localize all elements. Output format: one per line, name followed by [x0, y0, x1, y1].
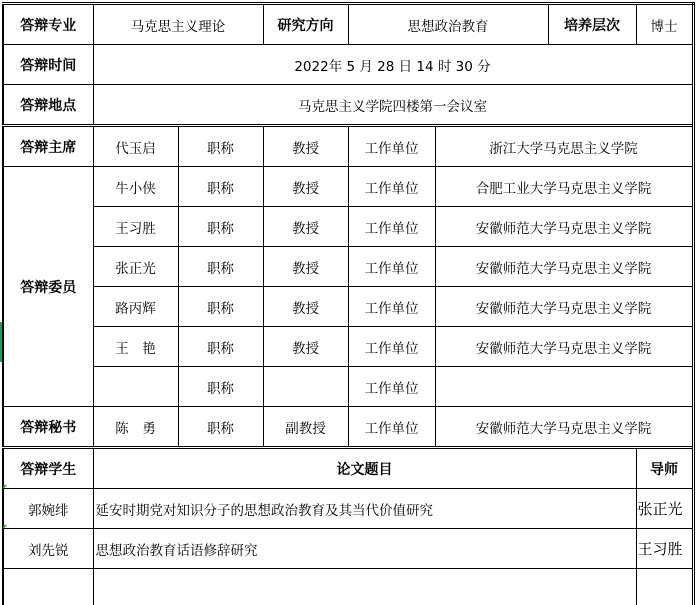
level-value[interactable]: 博士 — [636, 4, 693, 45]
member-name[interactable]: 王 艳 — [93, 327, 178, 367]
member-unit-label: 工作单位 — [348, 247, 435, 287]
member-title[interactable]: 教授 — [263, 287, 348, 327]
member-title[interactable] — [263, 367, 348, 407]
member-name[interactable]: 王习胜 — [93, 207, 178, 247]
member-title[interactable]: 教授 — [263, 247, 348, 287]
defense-info-table: 答辩专业 马克思主义理论 研究方向 思想政治教育 培养层次 博士 答辩时间 20… — [2, 2, 695, 605]
cell-comment-marker — [3, 485, 7, 489]
member-unit-label: 工作单位 — [348, 207, 435, 247]
direction-value[interactable]: 思想政治教育 — [348, 4, 548, 45]
advisor-name[interactable]: 张正光 — [636, 489, 693, 529]
member-unit-label: 工作单位 — [348, 287, 435, 327]
secretary-title[interactable]: 副教授 — [263, 407, 348, 448]
member-row: 王 艳 职称 教授 工作单位 安徽师范大学马克思主义学院 — [3, 327, 693, 367]
secretary-label: 答辩秘书 — [3, 407, 93, 448]
place-value[interactable]: 马克思主义学院四楼第一会议室 — [93, 85, 693, 126]
member-unit-label: 工作单位 — [348, 327, 435, 367]
members-label: 答辩委员 — [3, 167, 93, 407]
member-name[interactable]: 张正光 — [93, 247, 178, 287]
member-row: 答辩委员 牛小侠 职称 教授 工作单位 合肥工业大学马克思主义学院 — [3, 167, 693, 207]
student-row-empty — [3, 569, 693, 605]
secretary-title-label: 职称 — [178, 407, 263, 448]
member-name[interactable]: 牛小侠 — [93, 167, 178, 207]
member-unit-label: 工作单位 — [348, 367, 435, 407]
secretary-name[interactable]: 陈 勇 — [93, 407, 178, 448]
student-row: 刘先锐 思想政治教育话语修辞研究 王习胜 — [3, 529, 693, 569]
chair-title[interactable]: 教授 — [263, 126, 348, 167]
student-name[interactable] — [3, 569, 93, 605]
member-unit-label: 工作单位 — [348, 167, 435, 207]
student-name[interactable]: 刘先锐 — [3, 529, 93, 569]
defense-schedule-sheet: 答辩专业 马克思主义理论 研究方向 思想政治教育 培养层次 博士 答辩时间 20… — [2, 2, 692, 605]
advisor-column-header: 导师 — [636, 448, 693, 489]
member-title[interactable]: 教授 — [263, 207, 348, 247]
level-label: 培养层次 — [548, 4, 636, 45]
member-unit[interactable]: 安徽师范大学马克思主义学院 — [435, 207, 693, 247]
member-title-label: 职称 — [178, 207, 263, 247]
member-unit[interactable]: 合肥工业大学马克思主义学院 — [435, 167, 693, 207]
chair-title-label: 职称 — [178, 126, 263, 167]
member-title-label: 职称 — [178, 327, 263, 367]
member-row: 张正光 职称 教授 工作单位 安徽师范大学马克思主义学院 — [3, 247, 693, 287]
member-name[interactable]: 路丙辉 — [93, 287, 178, 327]
member-unit[interactable] — [435, 367, 693, 407]
secretary-unit[interactable]: 安徽师范大学马克思主义学院 — [435, 407, 693, 448]
member-title-label: 职称 — [178, 167, 263, 207]
secretary-unit-label: 工作单位 — [348, 407, 435, 448]
student-column-header: 答辩学生 — [3, 448, 93, 489]
member-unit[interactable]: 安徽师范大学马克思主义学院 — [435, 247, 693, 287]
thesis-title[interactable]: 延安时期党对知识分子的思想政治教育及其当代价值研究 — [93, 489, 636, 529]
member-row: 王习胜 职称 教授 工作单位 安徽师范大学马克思主义学院 — [3, 207, 693, 247]
advisor-name[interactable]: 王习胜 — [636, 529, 693, 569]
cell-comment-marker — [3, 525, 7, 529]
member-title[interactable]: 教授 — [263, 167, 348, 207]
member-title[interactable]: 教授 — [263, 327, 348, 367]
chair-unit-label: 工作单位 — [348, 126, 435, 167]
thesis-title[interactable]: 思想政治教育话语修辞研究 — [93, 529, 636, 569]
student-row: 郭婉绯 延安时期党对知识分子的思想政治教育及其当代价值研究 张正光 — [3, 489, 693, 529]
member-title-label: 职称 — [178, 287, 263, 327]
student-name[interactable]: 郭婉绯 — [3, 489, 93, 529]
time-label: 答辩时间 — [3, 45, 93, 85]
thesis-column-header: 论文题目 — [93, 448, 636, 489]
chair-name[interactable]: 代玉启 — [93, 126, 178, 167]
time-value[interactable]: 2022年 5 月 28 日 14 时 30 分 — [93, 45, 693, 85]
direction-label: 研究方向 — [263, 4, 348, 45]
member-row-empty: 职称 工作单位 — [3, 367, 693, 407]
member-name[interactable] — [93, 367, 178, 407]
major-label: 答辩专业 — [3, 4, 93, 45]
place-label: 答辩地点 — [3, 85, 93, 126]
advisor-name[interactable] — [636, 569, 693, 605]
chair-unit[interactable]: 浙江大学马克思主义学院 — [435, 126, 693, 167]
major-value[interactable]: 马克思主义理论 — [93, 4, 263, 45]
member-title-label: 职称 — [178, 367, 263, 407]
member-unit[interactable]: 安徽师范大学马克思主义学院 — [435, 287, 693, 327]
member-title-label: 职称 — [178, 247, 263, 287]
thesis-title[interactable] — [93, 569, 636, 605]
member-unit[interactable]: 安徽师范大学马克思主义学院 — [435, 327, 693, 367]
member-row: 路丙辉 职称 教授 工作单位 安徽师范大学马克思主义学院 — [3, 287, 693, 327]
row-selection-edge — [0, 322, 2, 362]
chair-label: 答辩主席 — [3, 126, 93, 167]
